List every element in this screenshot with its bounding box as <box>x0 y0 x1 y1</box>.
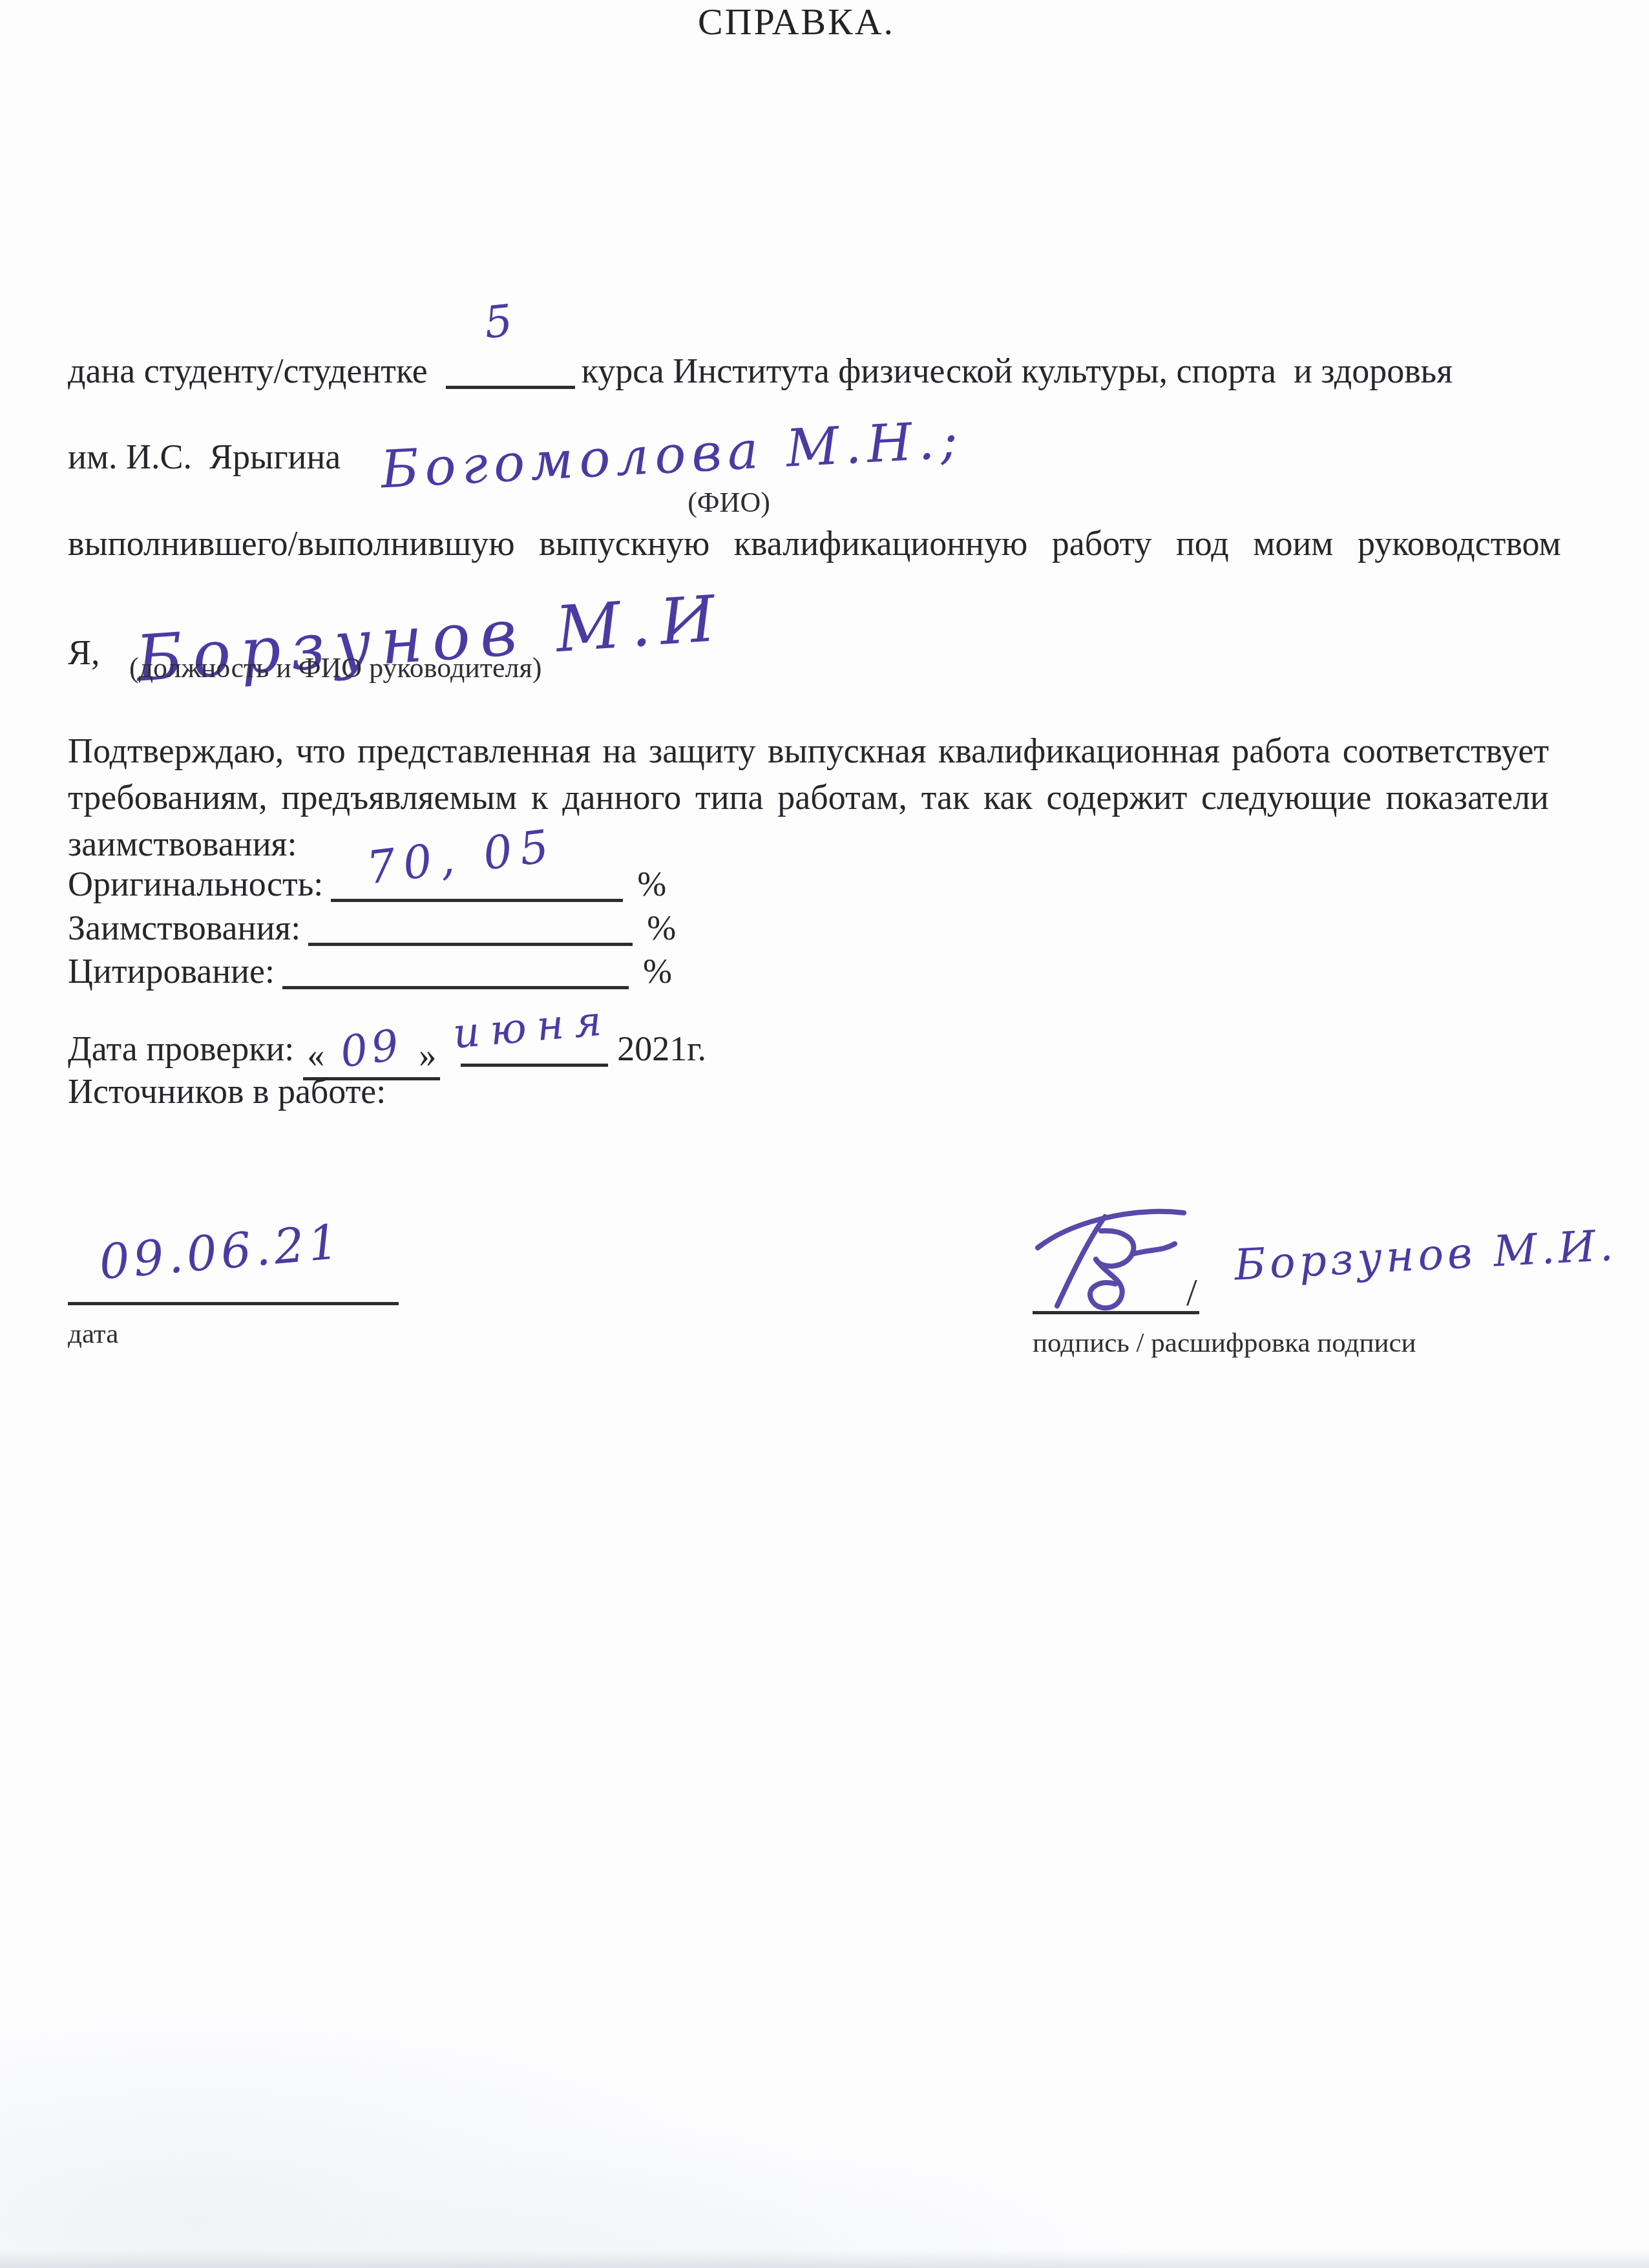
scanned-certificate-page: СПРАВКА. дана студенту/студентке5курса И… <box>0 0 1649 2268</box>
given-line-prefix: дана студенту/студентке <box>68 352 428 390</box>
confirmation-paragraph: Подтверждаю, что представленная на защит… <box>68 728 1549 867</box>
open-quote: « <box>307 1035 324 1075</box>
scan-edge-shadow <box>0 2250 1649 2268</box>
handwritten-check-date: 09.06.21 <box>97 1214 345 1291</box>
supervisor-caption: (должность и ФИО руководителя) <box>129 651 541 684</box>
footer-signature-block: / Борзунов М.И. подпись / расшифровка по… <box>1033 1216 1614 1359</box>
given-line-suffix: курса Института физической культуры, спо… <box>582 352 1453 390</box>
signature-caption: подпись / расшифровка подписи <box>1033 1327 1614 1359</box>
metric-row-borrowings: Заимствования:% <box>68 908 676 949</box>
percent-sign: % <box>643 952 672 991</box>
originality-value-blank: 70, 05 <box>331 888 623 902</box>
supervisor-prefix: Я, <box>68 633 100 672</box>
percent-sign: % <box>647 908 676 947</box>
date-caption: дата <box>68 1318 399 1350</box>
handwritten-course-number: 5 <box>482 296 515 350</box>
percent-sign: % <box>637 865 666 903</box>
citation-value-blank <box>282 975 629 989</box>
document-title: СПРАВКА. <box>0 0 1593 43</box>
student-course-line: дана студенту/студентке5курса Института … <box>68 351 1453 392</box>
signature-slash: / <box>1186 1270 1197 1315</box>
performed-work-line: выполнившего/выполнившую выпускную квали… <box>68 523 1561 564</box>
handwritten-month: июня <box>452 996 614 1058</box>
footer-date-block: 09.06.21 дата <box>68 1224 399 1350</box>
named-after-prefix: им. И.С. Ярыгина <box>68 437 341 476</box>
year-suffix: 2021г. <box>617 1029 706 1068</box>
metric-label: Оригинальность: <box>68 865 323 903</box>
date-signature-line <box>68 1302 399 1305</box>
metric-label: Заимствования: <box>68 908 300 947</box>
close-quote: » <box>419 1035 436 1075</box>
fio-caption: (ФИО) <box>68 486 1390 519</box>
metric-row-citation: Цитирование:% <box>68 951 672 992</box>
metric-row-originality: Оригинальность:70, 05% <box>68 864 666 905</box>
sources-line: Источников в работе: <box>68 1071 386 1112</box>
course-number-blank: 5 <box>446 375 575 389</box>
institute-name-line: им. И.С. ЯрыгинаБогомолова М.Н.; <box>68 425 964 485</box>
check-date-label: Дата проверки: <box>68 1029 294 1068</box>
metric-label: Цитирование: <box>68 952 275 991</box>
handwritten-signature-name: Борзунов М.И. <box>1233 1221 1618 1290</box>
month-blank: июня <box>461 1053 608 1067</box>
signature-scribble <box>1029 1197 1192 1320</box>
borrowings-value-blank <box>308 932 633 946</box>
signature-area: / Борзунов М.И. <box>1033 1216 1199 1314</box>
handwritten-day: 09 <box>337 1020 406 1078</box>
